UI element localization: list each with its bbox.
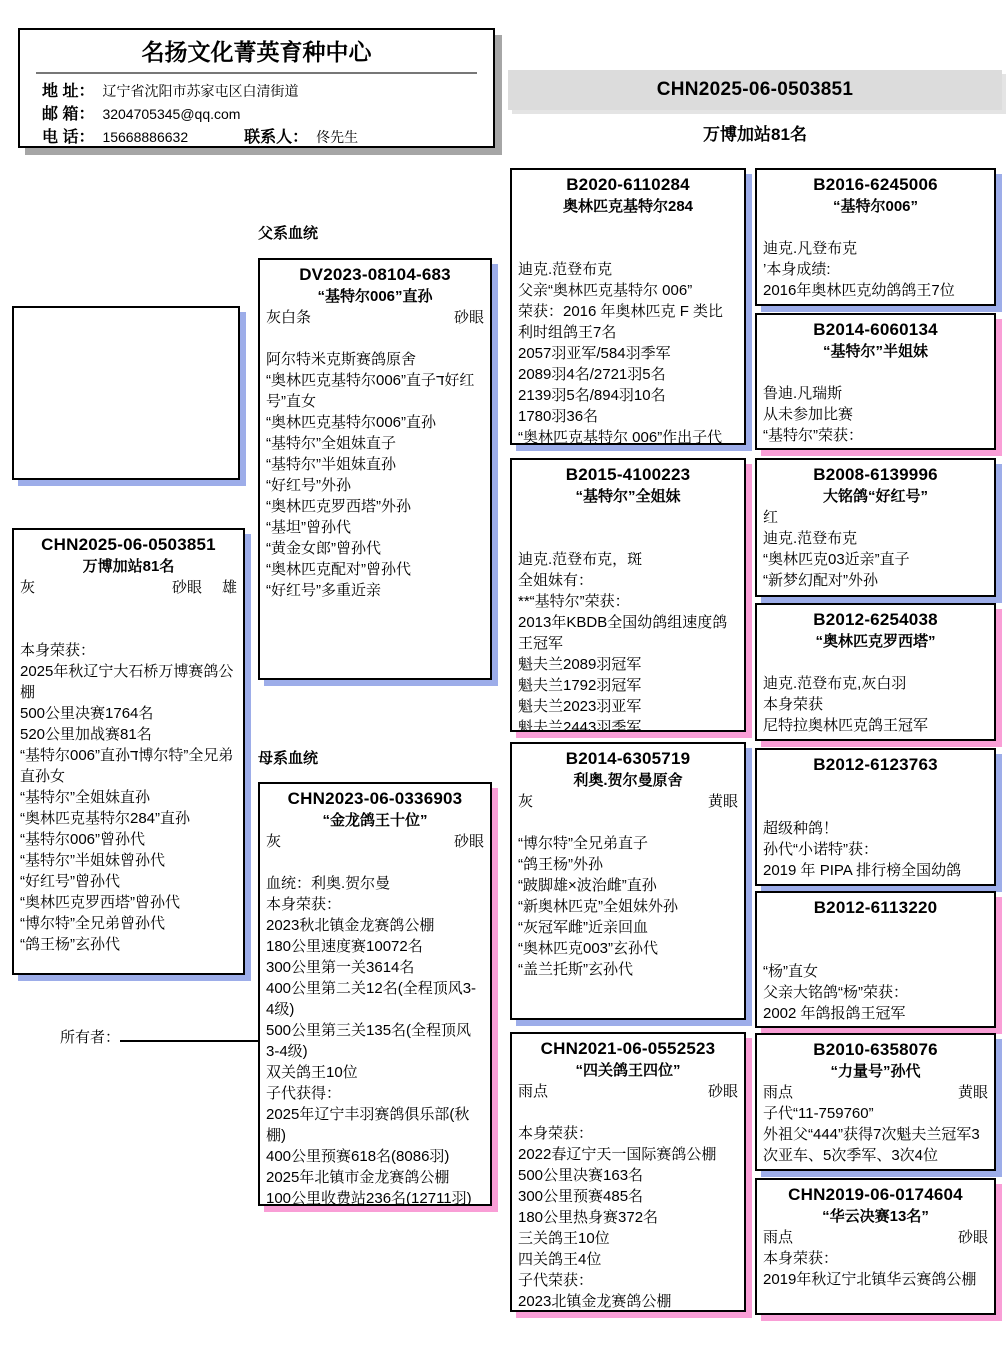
text-line [518, 1102, 738, 1123]
text-line: 400公里预赛618名(8086羽) [266, 1146, 484, 1167]
banner-result: 万博加站81名 [508, 120, 1002, 145]
ring-number: B2012-6254038 [763, 608, 988, 631]
banner-ring-number: CHN2025-06-0503851 [657, 79, 854, 101]
bird-name: “基特尔006”直孙 [266, 286, 484, 307]
text-line: 子代获得： [266, 1083, 484, 1104]
text-line [763, 217, 988, 238]
color-eye-row: 雨点 砂眼 [518, 1081, 738, 1102]
text-line [518, 528, 738, 549]
great-grandparent-box-1: B2016-6245006 “基特尔006” 迪克.凡登布克’本身成绩:2016… [755, 168, 996, 306]
bird-details: 迪克.范登布克父亲“奥林匹克基特尔 006”荣获：2016 年奥林匹克 F 类比… [518, 217, 738, 445]
bird-name: “四关鸽王四位” [518, 1060, 738, 1081]
email-label: 邮 箱： [42, 106, 94, 123]
loft-header: 名扬文化菁英育种中心 地 址：辽宁省沈阳市苏家屯区白清街道 邮 箱：320470… [18, 28, 495, 148]
eye-color: 黄眼 [708, 791, 738, 812]
text-line: “基特尔006”曾孙代 [20, 829, 237, 850]
text-line: 血统：利奥.贺尔曼 [266, 873, 484, 894]
text-line [518, 507, 738, 528]
bird-details: 迪克.范登布克，斑全姐妹有：**“基特尔”荣获：2013年KBDB全国幼鸽组速度… [518, 507, 738, 732]
ring-number: B2008-6139996 [763, 463, 988, 486]
bird-name [763, 776, 988, 797]
text-line: 500公里决赛1764名 [20, 703, 237, 724]
text-line: “基特尔”半姐妹直孙 [266, 454, 484, 475]
color-eye-row: 灰白条 砂眼 [266, 307, 484, 328]
text-line: 孙代“小诺特”获： [763, 839, 988, 860]
bird-details: 红迪克.范登布克“奥林匹克03近亲”直子“新梦幻配对”外孙 [763, 507, 988, 591]
text-line: “盖兰托斯”玄孙代 [518, 959, 738, 980]
great-grandparent-box-6: B2012-6113220 “杨”直女父亲大铭鸽“杨”荣获：2002 年鸽报鸽王… [755, 891, 996, 1028]
eye-color: 黄眼 [958, 1082, 988, 1103]
text-line: 2025年北镇市金龙赛鸽公棚 [266, 1167, 484, 1188]
ring-number: CHN2021-06-0552523 [518, 1037, 738, 1060]
text-line: 300公里第一关3614名 [266, 957, 484, 978]
text-line: 2057羽亚军/584羽季军 [518, 343, 738, 364]
bird-name: 万博加站81名 [20, 556, 237, 577]
bird-details: 迪克.凡登布克’本身成绩:2016年奥林匹克幼鸽鸽王7位 [763, 217, 988, 301]
ring-number: B2012-6123763 [763, 753, 988, 776]
text-line: 2022春辽宁天一国际赛鸽公棚 [518, 1144, 738, 1165]
mother-box: CHN2023-06-0336903 “金龙鸽王十位” 灰 砂眼 血统：利奥.贺… [258, 782, 492, 1206]
great-grandparent-box-4: B2012-6254038 “奥林匹克罗西塔” 迪克.范登布克,灰白羽本身荣获尼… [755, 603, 996, 741]
ring-number: CHN2023-06-0336903 [266, 787, 484, 810]
phone-label: 电 话： [42, 129, 94, 146]
bird-name: “基特尔”半姐妹 [763, 341, 988, 362]
text-line: “鸽王杨”外孙 [518, 854, 738, 875]
ring-number: B2010-6358076 [763, 1038, 988, 1061]
contact-label: 联系人： [244, 129, 308, 146]
eye-color: 砂眼 [454, 831, 484, 852]
ring-number: CHN2025-06-0503851 [20, 533, 237, 556]
text-line: “基特尔”荣获： [763, 425, 988, 446]
text-line: “基特尔”半姐妹曾孙代 [20, 850, 237, 871]
text-line: 四关鸽王4位 [518, 1249, 738, 1270]
text-line: 180公里热身赛372名 [518, 1207, 738, 1228]
text-line: “奥林匹克基特尔284”直孙 [20, 808, 237, 829]
text-line: 2016年奥林匹克幼鸽鸽王7位 [763, 280, 988, 301]
text-line: 1780羽36名 [518, 406, 738, 427]
bird-details: 鲁迪.凡瑞斯从未参加比赛“基特尔”荣获： [763, 362, 988, 446]
text-line: 魁夫兰2023羽亚军 [518, 696, 738, 717]
phone-value: 15668886632 [102, 129, 188, 145]
text-line: 2023秋北镇金龙赛鸽公棚 [266, 915, 484, 936]
great-grandparent-box-2: B2014-6060134 “基特尔”半姐妹 鲁迪.凡瑞斯从未参加比赛“基特尔”… [755, 313, 996, 450]
text-line: 魁夫兰2089羽冠军 [518, 654, 738, 675]
mother-line-label: 母系血统 [258, 747, 318, 768]
text-line: 180公里速度赛10072名 [266, 936, 484, 957]
text-line: 阿尔特米克斯赛鸽原舍 [266, 349, 484, 370]
bird-name [763, 919, 988, 940]
text-line: 520公里加战赛81名 [20, 724, 237, 745]
text-line: “杨”直女 [763, 961, 988, 982]
address-value: 辽宁省沈阳市苏家屯区白清街道 [102, 83, 298, 99]
feather-color: 灰 [266, 831, 281, 852]
great-grandparent-box-5: B2012-6123763 超级种鸽！孙代“小诺特”获：2019 年 PIPA … [755, 748, 996, 886]
text-line: “跛脚雄×波治雌”直孙 [518, 875, 738, 896]
text-line [763, 940, 988, 961]
contact-value: 佟先生 [316, 129, 358, 145]
text-line: “奥林匹克基特尔006”直孙 [266, 412, 484, 433]
loft-title: 名扬文化菁英育种中心 [34, 36, 479, 68]
bird-name: “基特尔006” [763, 196, 988, 217]
divider [36, 72, 477, 74]
text-line: 100公里收费站236名(12711羽) [266, 1188, 484, 1206]
bird-name: “华云决赛13名” [763, 1206, 988, 1227]
text-line: 迪克.范登布克，斑 [518, 549, 738, 570]
text-line: “好红号”曾孙代 [20, 871, 237, 892]
text-line: “博尔特”全兄弟曾孙代 [20, 913, 237, 934]
text-line: 2002 年鸽报鸽王冠军 [763, 1003, 988, 1024]
text-line [763, 797, 988, 818]
bird-details: 本身荣获：2022春辽宁天一国际赛鸽公棚500公里决赛163名300公里预赛48… [518, 1102, 738, 1312]
bird-name: “金龙鸽王十位” [266, 810, 484, 831]
text-line: “基特尔”全姐妹直子 [266, 433, 484, 454]
bird-details: “博尔特”全兄弟直子“鸽王杨”外孙“跛脚雄×波治雌”直孙“新奥林匹克”全姐妹外孙… [518, 812, 738, 980]
text-line: “基特尔”全姐妹直孙 [20, 787, 237, 808]
text-line [763, 362, 988, 383]
ring-number: B2014-6305719 [518, 747, 738, 770]
text-line: 2025年辽宁丰羽赛鸽俱乐部(秋棚) [266, 1104, 484, 1146]
text-line: 本身荣获 [763, 694, 988, 715]
great-grandparent-box-3: B2008-6139996 大铭鸽“好红号” 红迪克.范登布克“奥林匹克03近亲… [755, 458, 996, 597]
main-bird-box: CHN2025-06-0503851 万博加站81名 灰 砂眼雄 本身荣获：20… [12, 528, 245, 975]
text-line: ’本身成绩: [763, 259, 988, 280]
bird-details: 阿尔特米克斯赛鸽原舍“奥林匹克基特尔006”直子ד好红号”直女“奥林匹克基特尔0… [266, 328, 484, 601]
text-line: “奥林匹克罗西塔”曾孙代 [20, 892, 237, 913]
text-line: 红 [763, 507, 988, 528]
address-row: 地 址：辽宁省沈阳市苏家屯区白清街道 [34, 80, 479, 103]
text-line: 400公里第二关12名(全程顶风3-4级) [266, 978, 484, 1020]
text-line [518, 217, 738, 238]
ring-number: B2020-6110284 [518, 173, 738, 196]
text-line: “好红号”外孙 [266, 475, 484, 496]
text-line: “奥林匹克03近亲”直子 [763, 549, 988, 570]
bird-name: 大铭鸽“好红号” [763, 486, 988, 507]
father-box: DV2023-08104-683 “基特尔006”直孙 灰白条 砂眼 阿尔特米克… [258, 258, 492, 680]
bird-name: 奥林匹克基特尔284 [518, 196, 738, 217]
text-line: 超级种鸽！ [763, 818, 988, 839]
phone-row: 电 话：15668886632联系人：佟先生 [34, 126, 479, 149]
text-line [266, 328, 484, 349]
text-line: 子代“11-759760” [763, 1103, 988, 1124]
text-line: 本身荣获： [518, 1123, 738, 1144]
bird-name: “奥林匹克罗西塔” [763, 631, 988, 652]
text-line: “奥林匹克基特尔006”直子ד好红号”直女 [266, 370, 484, 412]
text-line: **“基特尔”荣获： [518, 591, 738, 612]
text-line: 双关鸽王10位 [266, 1062, 484, 1083]
text-line [763, 652, 988, 673]
text-line [266, 852, 484, 873]
color-eye-row: 灰 砂眼雄 [20, 577, 237, 598]
text-line [518, 238, 738, 259]
text-line: “奥林匹克配对”曾孙代 [266, 559, 484, 580]
text-line: “基特尔006”直孙ד博尔特”全兄弟直孙女 [20, 745, 237, 787]
ring-number: B2016-6245006 [763, 173, 988, 196]
text-line: 迪克.凡登布克 [763, 238, 988, 259]
text-line: 2013年KBDB全国幼鸽组速度鸽王冠军 [518, 612, 738, 654]
bird-name: “力量号”孙代 [763, 1061, 988, 1082]
text-line: 尼特拉奥林匹克鸽王冠军 [763, 715, 988, 736]
feather-color: 灰 [518, 791, 533, 812]
ring-number: CHN2019-06-0174604 [763, 1183, 988, 1206]
text-line: “灰冠军雌”近亲回血 [518, 917, 738, 938]
text-line: 全姐妹有： [518, 570, 738, 591]
text-line: 本身荣获： [266, 894, 484, 915]
text-line: 迪克.范登布克,灰白羽 [763, 673, 988, 694]
text-line: 迪克.范登布克 [763, 528, 988, 549]
bird-details: 本身荣获：2025年秋辽宁大石桥万博赛鸽公棚500公里决赛1764名520公里加… [20, 598, 237, 955]
text-line: 500公里第三关135名(全程顶风3-4级) [266, 1020, 484, 1062]
eye-color: 砂眼 [708, 1081, 738, 1102]
text-line: 魁夫兰1792羽冠军 [518, 675, 738, 696]
feather-color: 雨点 [518, 1081, 548, 1102]
text-line: 300公里预赛485名 [518, 1186, 738, 1207]
text-line: 500公里决赛163名 [518, 1165, 738, 1186]
bird-details: 超级种鸽！孙代“小诺特”获：2019 年 PIPA 排行榜全国幼鸽 [763, 797, 988, 881]
bird-details: 血统：利奥.贺尔曼本身荣获：2023秋北镇金龙赛鸽公棚180公里速度赛10072… [266, 852, 484, 1206]
feather-color: 灰白条 [266, 307, 311, 328]
text-line: “博尔特”全兄弟直子 [518, 833, 738, 854]
text-line: 子代荣获： [518, 1270, 738, 1291]
text-line: 2139羽5名/894羽10名 [518, 385, 738, 406]
text-line: 荣获：2016 年奥林匹克 F 类比利时组鸽王7名 [518, 301, 738, 343]
text-line: 本身荣获： [763, 1248, 988, 1269]
bird-name: “基特尔”全姐妹 [518, 486, 738, 507]
text-line: 2019 年 PIPA 排行榜全国幼鸽 [763, 860, 988, 881]
text-line: “鸽王杨”玄孙代 [20, 934, 237, 955]
ring-number: B2014-6060134 [763, 318, 988, 341]
text-line: 2019年秋辽宁北镇华云赛鸽公棚 [763, 1269, 988, 1290]
grandparent-box-4: CHN2021-06-0552523 “四关鸽王四位” 雨点 砂眼 本身荣获：2… [510, 1032, 746, 1312]
feather-color: 雨点 [763, 1227, 793, 1248]
email-value: 3204705345@qq.com [102, 106, 240, 122]
father-line-label: 父系血统 [258, 222, 318, 243]
text-line: “新梦幻配对”外孙 [763, 570, 988, 591]
text-line: “奥林匹克基特尔 006”作出子代 [518, 427, 738, 445]
bird-details: 本身荣获：2019年秋辽宁北镇华云赛鸽公棚 [763, 1248, 988, 1290]
color-eye-row: 灰 黄眼 [518, 791, 738, 812]
grandparent-box-3: B2014-6305719 利奥.贺尔曼原舍 灰 黄眼 “博尔特”全兄弟直子“鸽… [510, 742, 746, 1020]
text-line: 三关鸽王10位 [518, 1228, 738, 1249]
text-line: “奥林匹克003”玄孙代 [518, 938, 738, 959]
eye-color: 砂眼 [454, 307, 484, 328]
text-line: 2089羽4名/2721羽5名 [518, 364, 738, 385]
ring-banner: CHN2025-06-0503851 [508, 70, 1002, 110]
text-line: 迪克.范登布克 [518, 259, 738, 280]
great-grandparent-box-7: B2010-6358076 “力量号”孙代 雨点 黄眼 子代“11-759760… [755, 1033, 996, 1171]
ring-number: B2015-4100223 [518, 463, 738, 486]
ring-number: DV2023-08104-683 [266, 263, 484, 286]
text-line: 外祖父“444”获得7次魁夫兰冠军3次亚车、5次季军、3次4位 [763, 1124, 988, 1166]
great-grandparent-box-8: CHN2019-06-0174604 “华云决赛13名” 雨点 砂眼 本身荣获：… [755, 1178, 996, 1315]
grandparent-box-1: B2020-6110284 奥林匹克基特尔284 迪克.范登布克父亲“奥林匹克基… [510, 168, 746, 445]
address-label: 地 址： [42, 83, 94, 100]
bird-details: “杨”直女父亲大铭鸽“杨”荣获：2002 年鸽报鸽王冠军 [763, 940, 988, 1024]
grandparent-box-2: B2015-4100223 “基特尔”全姐妹 迪克.范登布克，斑全姐妹有：**“… [510, 458, 746, 732]
owner-blank-line [120, 1028, 268, 1042]
bird-name: 利奥.贺尔曼原舍 [518, 770, 738, 791]
color-eye-row: 雨点 黄眼 [763, 1082, 988, 1103]
text-line [20, 598, 237, 619]
text-line: “奥林匹克罗西塔”外孙 [266, 496, 484, 517]
text-line: “基坦”曾孙代 [266, 517, 484, 538]
owner-row: 所有者： [60, 1026, 268, 1047]
pedigree-page: 名扬文化菁英育种中心 地 址：辽宁省沈阳市苏家屯区白清街道 邮 箱：320470… [0, 0, 1006, 1366]
text-line: “好红号”多重近亲 [266, 580, 484, 601]
color-eye-row: 灰 砂眼 [266, 831, 484, 852]
text-line: 鲁迪.凡瑞斯 [763, 383, 988, 404]
eye-color: 砂眼 [172, 579, 202, 596]
text-line: 2023北镇金龙赛鸽公棚 [518, 1291, 738, 1312]
text-line: “黄金女郎”曾孙代 [266, 538, 484, 559]
text-line: 2025年秋辽宁大石桥万博赛鸽公棚 [20, 661, 237, 703]
feather-color: 灰 [20, 577, 35, 598]
feather-color: 雨点 [763, 1082, 793, 1103]
owner-label: 所有者： [60, 1029, 120, 1046]
text-line [20, 619, 237, 640]
sex: 雄 [222, 579, 237, 596]
text-line [518, 812, 738, 833]
color-eye-row: 雨点 砂眼 [763, 1227, 988, 1248]
text-line: 从未参加比赛 [763, 404, 988, 425]
eye-color: 砂眼 [958, 1227, 988, 1248]
text-line: “新奥林匹克”全姐妹外孙 [518, 896, 738, 917]
text-line: 魁夫兰2443羽季军 [518, 717, 738, 732]
text-line: 父亲“奥林匹克基特尔 006” [518, 280, 738, 301]
bird-details: 迪克.范登布克,灰白羽本身荣获尼特拉奥林匹克鸽王冠军 [763, 652, 988, 736]
text-line: 父亲大铭鸽“杨”荣获： [763, 982, 988, 1003]
email-row: 邮 箱：3204705345@qq.com [34, 103, 479, 126]
text-line: 本身荣获： [20, 640, 237, 661]
bird-details: 子代“11-759760”外祖父“444”获得7次魁夫兰冠军3次亚车、5次季军、… [763, 1103, 988, 1166]
photo-placeholder-box [12, 306, 240, 480]
ring-number: B2012-6113220 [763, 896, 988, 919]
